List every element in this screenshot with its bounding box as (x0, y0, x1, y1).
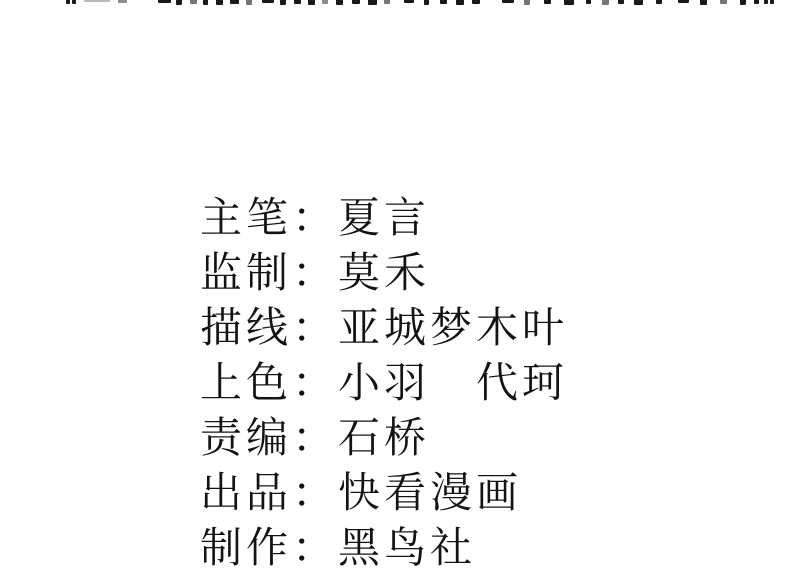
glyph-fragment (246, 0, 252, 5)
glyph-fragment (700, 0, 707, 5)
glyph-fragment (456, 0, 464, 5)
glyph-fragment (564, 0, 574, 5)
glyph-fragment (720, 0, 727, 4)
glyph-fragment (754, 0, 759, 4)
credit-role: 主笔 (200, 194, 292, 241)
glyph-fragment (322, 0, 328, 4)
credit-separator: ： (292, 469, 338, 516)
credit-role: 描线 (200, 304, 292, 351)
credit-name: 亚城梦木叶 (338, 304, 568, 351)
glyph-fragment (216, 0, 223, 5)
glyph-fragment (770, 0, 774, 4)
credit-separator: ： (292, 524, 338, 571)
credits-page: { "page": { "background_color": "#ffffff… (0, 0, 800, 582)
glyph-fragment (203, 0, 208, 5)
credit-separator: ： (292, 359, 338, 406)
credit-separator: ： (292, 194, 338, 241)
glyph-fragment (336, 0, 343, 5)
glyph-fragment (424, 0, 429, 5)
credit-separator: ： (292, 414, 338, 461)
glyph-fragment (230, 0, 239, 4)
glyph-fragment (308, 0, 315, 5)
credit-line: 出品：快看漫画 (200, 465, 568, 520)
glyph-fragment (524, 0, 530, 5)
credit-line: 描线：亚城梦木叶 (200, 300, 568, 355)
glyph-fragment (502, 0, 514, 3)
credit-name: 黑鸟社 (338, 524, 476, 571)
credit-name: 夏言 (338, 194, 430, 241)
credit-separator: ： (292, 304, 338, 351)
glyph-fragment (740, 0, 746, 5)
glyph-fragment (158, 0, 171, 3)
glyph-fragment (404, 0, 414, 3)
credit-line: 制作：黑鸟社 (200, 520, 568, 575)
glyph-fragment (280, 0, 286, 5)
glyph-fragment (352, 0, 360, 4)
glyph-fragment (544, 0, 551, 4)
glyph-fragment (678, 0, 689, 3)
credit-role: 出品 (200, 469, 292, 516)
glyph-fragment (472, 0, 480, 4)
glyph-fragment (66, 0, 70, 4)
credit-role: 上色 (200, 359, 292, 406)
glyph-fragment (384, 0, 390, 4)
credit-line: 主笔：夏言 (200, 190, 568, 245)
credit-role: 监制 (200, 249, 292, 296)
credit-line: 上色：小羽 代珂 (200, 355, 568, 410)
glyph-fragment (440, 0, 447, 4)
glyph-fragment (176, 0, 182, 5)
glyph-fragment (72, 0, 76, 4)
glyph-fragment (84, 0, 110, 2)
glyph-fragment (262, 0, 274, 3)
glyph-fragment (586, 0, 591, 4)
glyph-fragment (602, 0, 609, 5)
glyph-fragment (634, 0, 643, 5)
credit-name: 快看漫画 (338, 469, 522, 516)
glyph-fragment (294, 0, 301, 4)
credit-name: 小羽 代珂 (338, 359, 568, 406)
glyph-fragment (368, 0, 377, 5)
credit-name: 莫禾 (338, 249, 430, 296)
glyph-fragment (118, 0, 127, 3)
clipped-text-line-top (0, 0, 800, 10)
glyph-fragment (764, 0, 768, 4)
glyph-fragment (656, 0, 662, 4)
credit-role: 制作 (200, 524, 292, 571)
credit-separator: ： (292, 249, 338, 296)
credit-line: 监制：莫禾 (200, 245, 568, 300)
credit-role: 责编 (200, 414, 292, 461)
glyph-fragment (190, 0, 197, 4)
credits-list: 主笔：夏言监制：莫禾描线：亚城梦木叶上色：小羽 代珂责编：石桥出品：快看漫画制作… (200, 190, 568, 575)
credit-name: 石桥 (338, 414, 430, 461)
credit-line: 责编：石桥 (200, 410, 568, 465)
glyph-fragment (618, 0, 624, 4)
